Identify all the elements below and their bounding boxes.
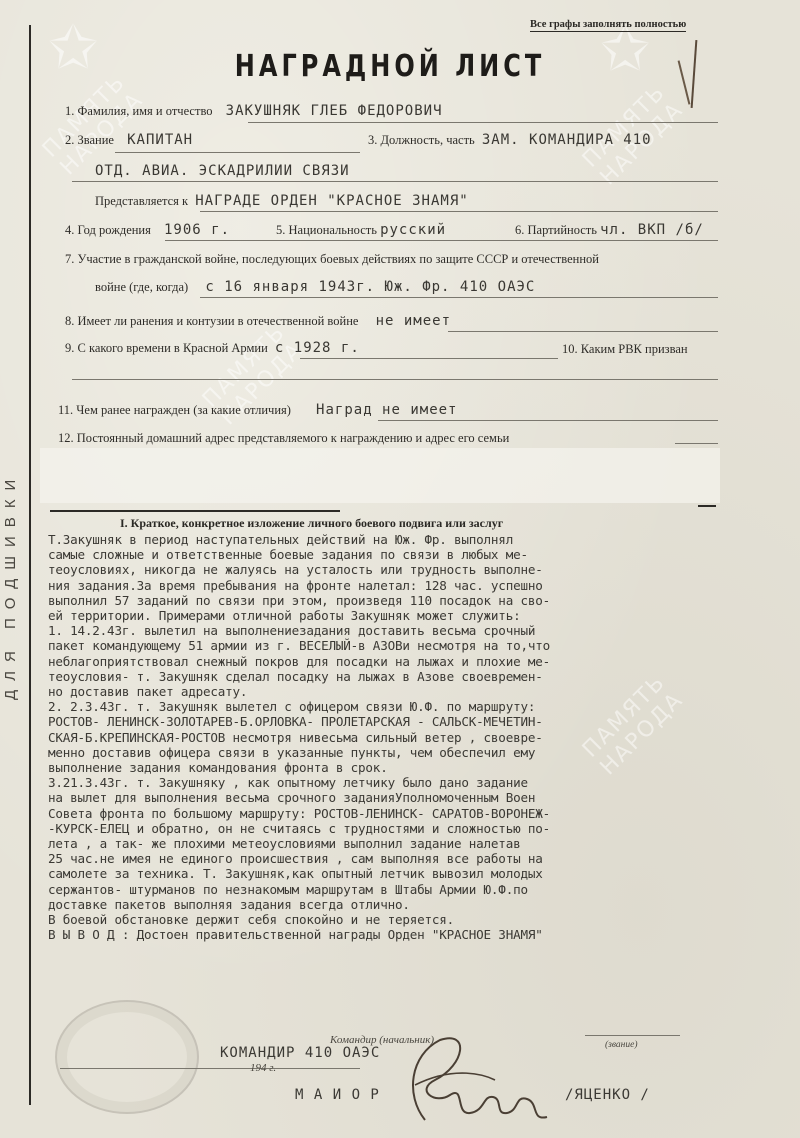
merit-text-line: пакет командующему 51 армии из г. ВЕСЕЛЫ… [48, 638, 793, 653]
merit-text-line: теоусловия- т. Закушняк сделал посадку н… [48, 669, 793, 684]
field-value: ЗАМ. КОМАНДИРА 410 [482, 132, 652, 148]
merit-text-line: СКАЯ-Б.КРЕПИНСКАЯ-РОСТОВ несмотря нивесь… [48, 730, 793, 745]
field-label: 7. Участие в гражданской войне, последую… [65, 252, 599, 266]
field-birth-year: 4. Год рождения 1906 г. [65, 222, 230, 238]
official-stamp [55, 1000, 199, 1114]
field-underline [448, 331, 718, 332]
field-label: войне (где, когда) [95, 280, 188, 294]
field-underline [378, 420, 718, 421]
field-underline [200, 211, 718, 212]
merit-text-line: теоусловиях, никогда не жалуясь на устал… [48, 562, 793, 577]
redacted-address-area [40, 448, 720, 503]
handwritten-signature-icon [395, 1025, 565, 1135]
field-value: КАПИТАН [127, 132, 193, 148]
merit-text-line: выполнил 57 заданий по связи при этом, п… [48, 593, 793, 608]
date-underline [60, 1068, 360, 1069]
field-label: 8. Имеет ли ранения и контузии в отечест… [65, 314, 358, 328]
field-label: 2. Звание [65, 133, 114, 147]
field-value: Наград не имеет [316, 402, 457, 418]
field-award: Представляется к НАГРАДЕ ОРДЕН "КРАСНОЕ … [95, 193, 469, 209]
document-title: НАГРАДНОЙ ЛИСТ [0, 49, 780, 84]
field-value: НАГРАДЕ ОРДЕН "КРАСНОЕ ЗНАМЯ" [195, 193, 468, 209]
field-value: русский [380, 222, 446, 238]
signatory-name: /ЯЦЕНКО / [565, 1087, 650, 1103]
merit-text-line: В боевой обстановке держит себя спокойно… [48, 912, 793, 927]
field-value: 1906 г. [164, 222, 230, 238]
field-label: 6. Партийность [515, 223, 597, 237]
field-underline [248, 122, 718, 123]
merit-text-line: неблагоприятствовал снежный покров для п… [48, 654, 793, 669]
merit-text-line: лета , а так- же плохими метеоусловиями … [48, 836, 793, 851]
field-underline [72, 181, 718, 182]
merit-text-line: 3.21.3.43г. т. Закушняку , как опытному … [48, 775, 793, 790]
merit-text-line: Т.Закушняк в период наступательных дейст… [48, 532, 793, 547]
merit-text-line: ей территории. Примерами отличной работы… [48, 608, 793, 623]
field-label: 3. Должность, часть [368, 133, 475, 147]
section-divider [698, 505, 716, 507]
field-army-since: 9. С какого времени в Красной Армии с 19… [65, 340, 360, 356]
merit-text-line: РОСТОВ- ЛЕНИНСК-ЗОЛОТАРЕВ-Б.ОРЛОВКА- ПРО… [48, 714, 793, 729]
merit-text-line: самые сложные и ответственные боевые зад… [48, 547, 793, 562]
section-divider [50, 510, 340, 512]
field-label: Представляется к [95, 194, 188, 208]
field-underline [165, 240, 718, 241]
field-label: 10. Каким РВК призван [562, 342, 688, 356]
field-wounds: 8. Имеет ли ранения и контузии в отечест… [65, 313, 451, 329]
field-label: 4. Год рождения [65, 223, 151, 237]
merit-text-line: менно доставив офицера связи в указанные… [48, 745, 793, 760]
field-rank: 2. Звание КАПИТАН [65, 132, 193, 148]
field-full-name: 1. Фамилия, имя и отчество ЗАКУШНЯК ГЛЕБ… [65, 103, 443, 119]
merit-description: Т.Закушняк в период наступательных дейст… [48, 532, 793, 942]
merit-text-line: сержантов- штурманов по незнакомым маршр… [48, 882, 793, 897]
field-position-cont: ОТД. АВИА. ЭСКАДРИЛИИ СВЯЗИ [95, 163, 350, 179]
field-label: 11. Чем ранее награжден (за какие отличи… [58, 403, 291, 417]
field-draft-office: 10. Каким РВК призван [562, 342, 688, 357]
commander-value: КОМАНДИР 410 ОАЭС [220, 1045, 380, 1061]
year-label: 194 г. [250, 1062, 276, 1074]
merit-text-line: 1. 14.2.43г. вылетил на выполнениезадани… [48, 623, 793, 638]
field-war-participation: 7. Участие в гражданской войне, последую… [65, 252, 599, 267]
field-value: ЗАКУШНЯК ГЛЕБ ФЕДОРОВИЧ [226, 103, 443, 119]
field-prior-awards: 11. Чем ранее награжден (за какие отличи… [58, 402, 457, 418]
rank-value: М А И О Р [295, 1087, 380, 1103]
section-heading: I. Краткое, конкретное изложение личного… [120, 516, 503, 531]
field-label: 1. Фамилия, имя и отчество [65, 104, 213, 118]
merit-text-line: выполнение задания командования фронта в… [48, 760, 793, 775]
binding-margin-label: ДЛЯ ПОДШИВКИ [2, 395, 26, 775]
field-value: не имеет [376, 313, 451, 329]
merit-text-line: на вылет для выполнения весьма срочного … [48, 790, 793, 805]
field-home-address: 12. Постоянный домашний адрес представля… [58, 431, 509, 446]
binding-margin-line [29, 25, 31, 1105]
merit-text-line: Совета фронта по большому маршруту: РОСТ… [48, 806, 793, 821]
merit-text-line: 2. 2.3.43г. т. Закушняк вылетел с офицер… [48, 699, 793, 714]
field-nationality: 5. Национальность русский [276, 222, 446, 238]
field-underline [300, 358, 558, 359]
merit-text-line: доставке пакетов выполняя задания всегда… [48, 897, 793, 912]
field-war-participation-cont: войне (где, когда) с 16 января 1943г. Юж… [95, 279, 535, 295]
rank-underline [585, 1035, 680, 1036]
rank-label: (звание) [605, 1040, 638, 1050]
field-underline [72, 379, 718, 380]
field-label: 9. С какого времени в Красной Армии [65, 341, 268, 355]
merit-text-line: 25 час.не имея не единого происшествия ,… [48, 851, 793, 866]
merit-text-line: самолете за техника. Т. Закушняк,как опы… [48, 866, 793, 881]
field-value: чл. ВКП /б/ [600, 222, 704, 238]
merit-text-line: В Ы В О Д : Достоен правительственной на… [48, 927, 793, 942]
merit-text-line: но доставив пакет адресату. [48, 684, 793, 699]
field-value: ОТД. АВИА. ЭСКАДРИЛИИ СВЯЗИ [95, 163, 350, 179]
field-label: 12. Постоянный домашний адрес представля… [58, 431, 509, 445]
field-value: с 1928 г. [275, 340, 360, 356]
field-underline [115, 152, 360, 153]
field-position: 3. Должность, часть ЗАМ. КОМАНДИРА 410 [368, 132, 652, 148]
field-party: 6. Партийность чл. ВКП /б/ [515, 222, 704, 238]
field-label: 5. Национальность [276, 223, 377, 237]
merit-text-line: -КУРСК-ЕЛЕЦ и обратно, он не считаясь с … [48, 821, 793, 836]
field-underline [675, 443, 718, 444]
field-value: с 16 января 1943г. Юж. Фр. 410 ОАЭС [205, 279, 535, 295]
form-instruction: Все графы заполнять полностью [530, 19, 686, 32]
field-underline [200, 297, 718, 298]
merit-text-line: ния задания.За время пребывания на фронт… [48, 578, 793, 593]
